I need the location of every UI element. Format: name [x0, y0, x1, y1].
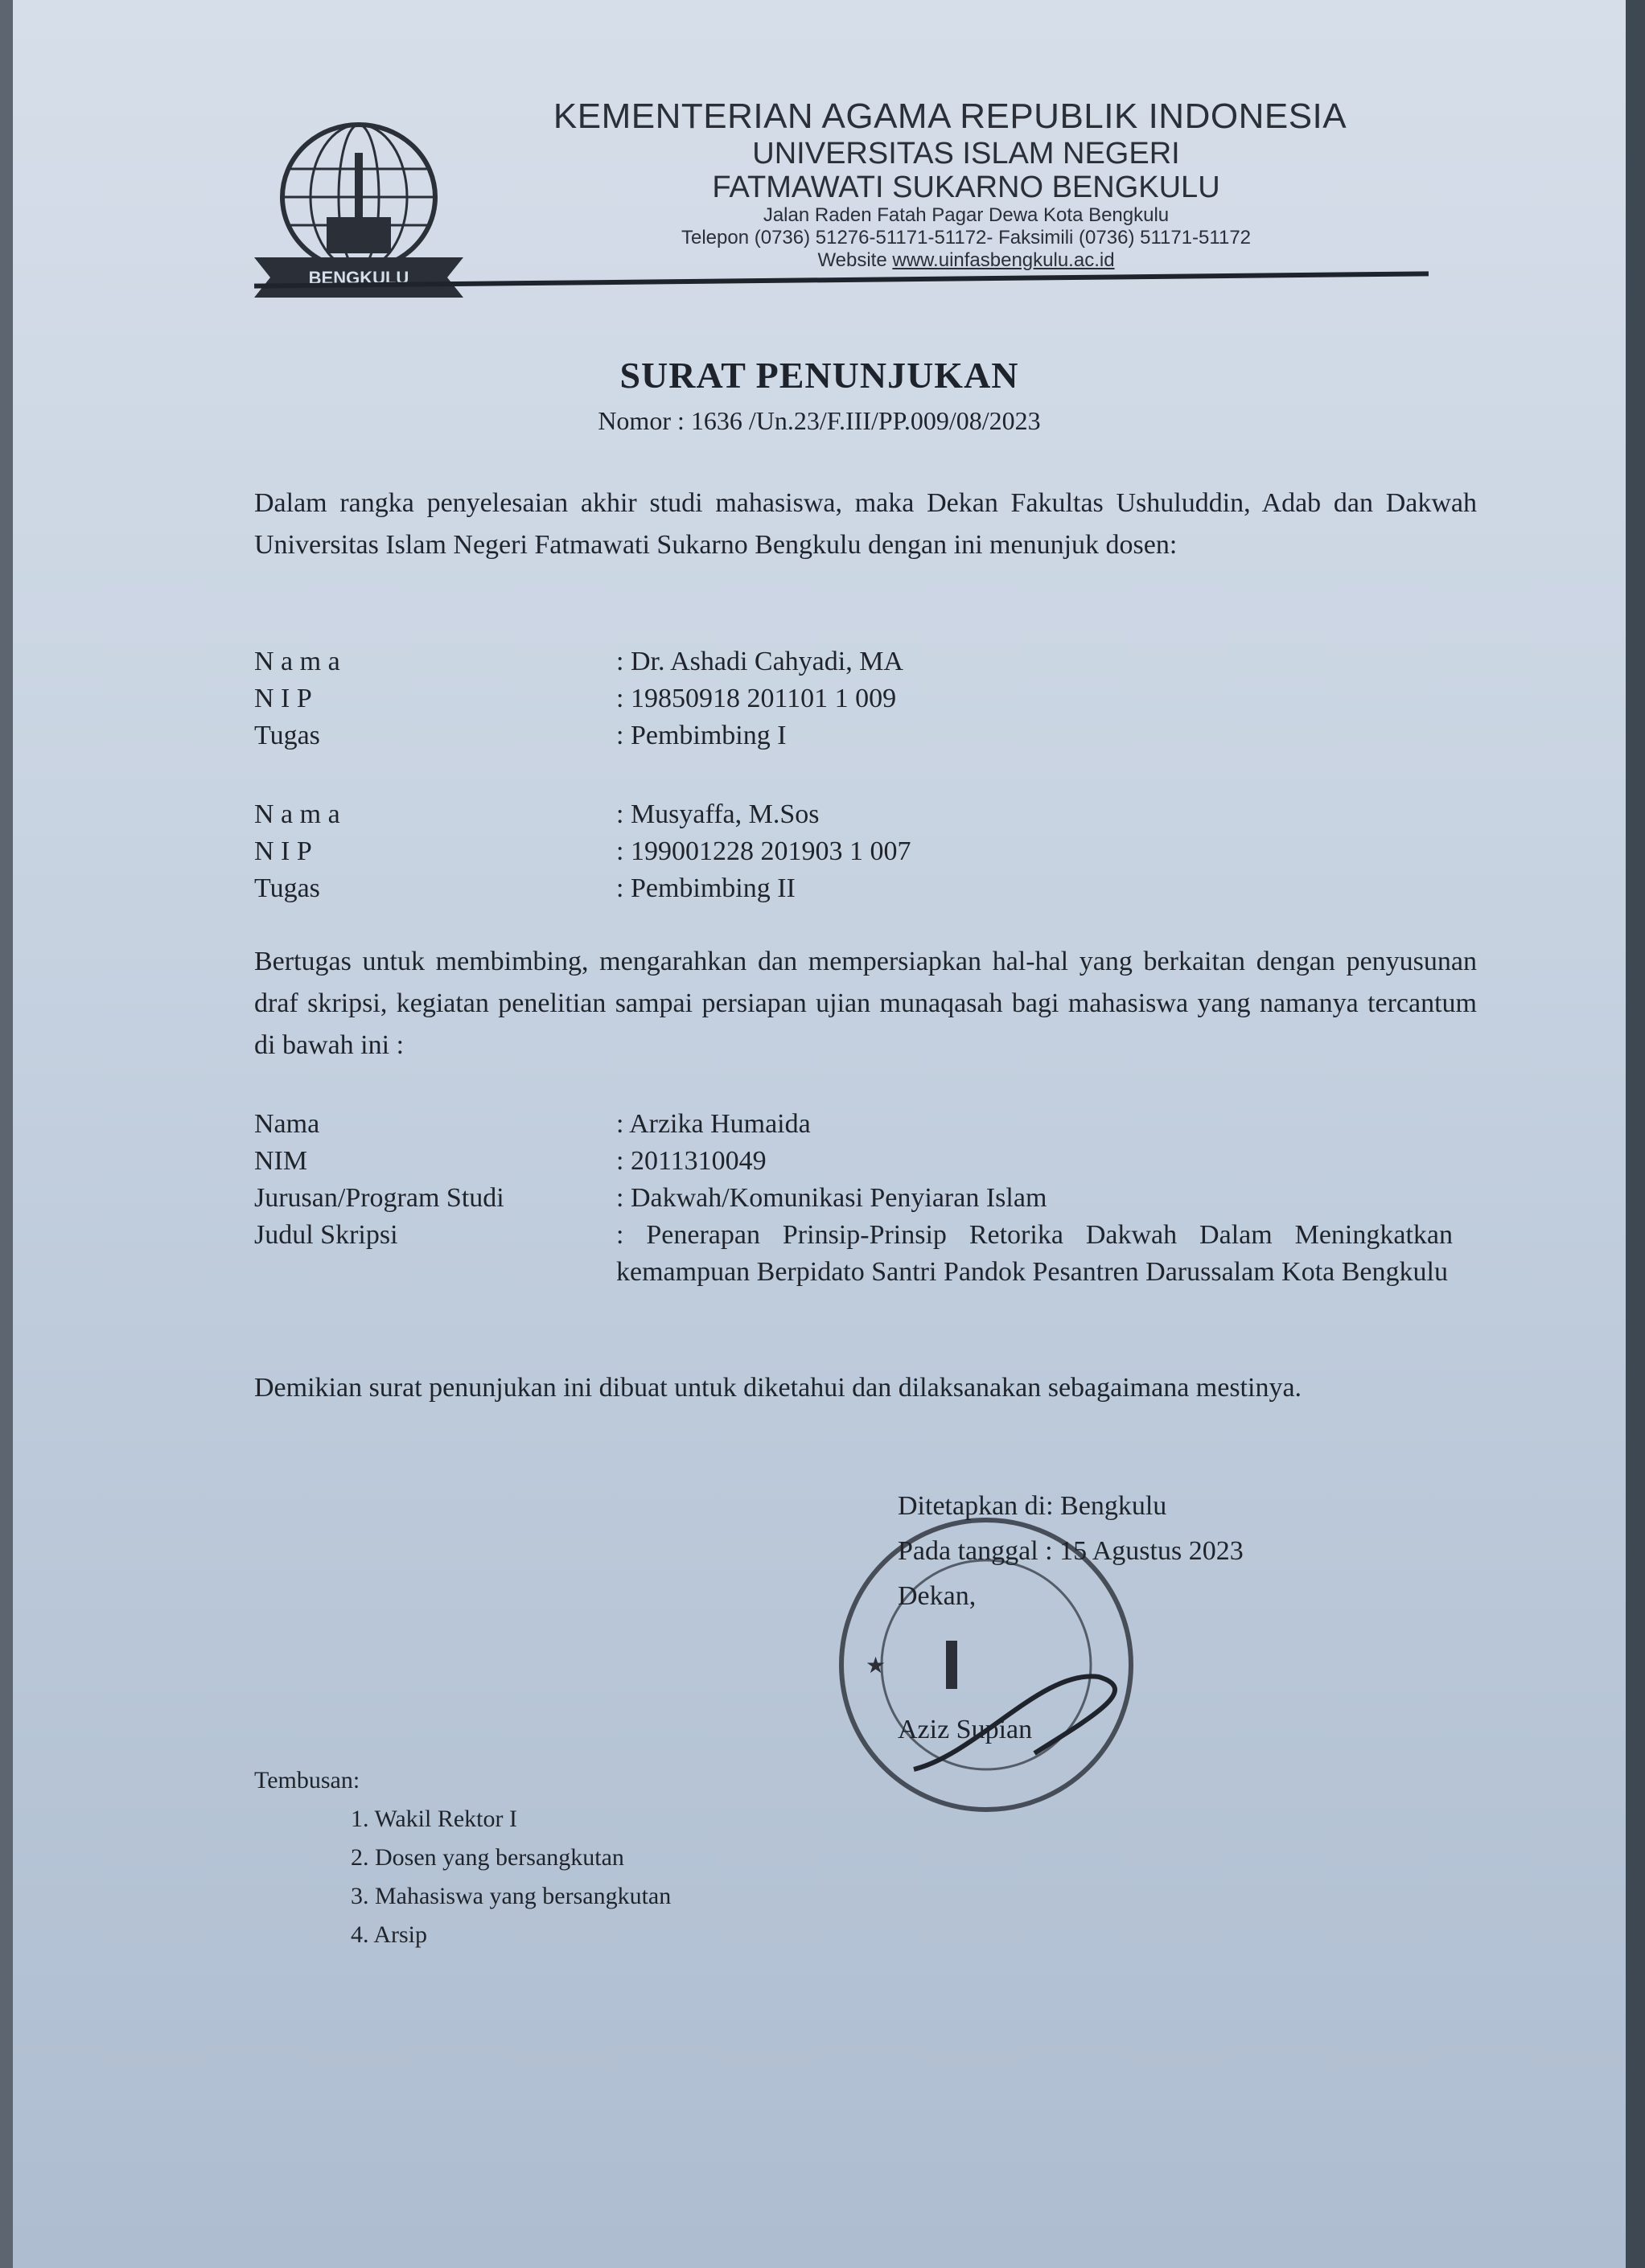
cc-item: 1. Wakil Rektor I: [351, 1800, 671, 1839]
letter-page: BENGKULU KEMENTERIAN AGAMA REPUBLIK INDO…: [13, 0, 1626, 2268]
website-label: Website: [817, 249, 886, 271]
address: Jalan Raden Fatah Pagar Dewa Kota Bengku…: [544, 204, 1388, 227]
svg-text:★: ★: [866, 1654, 886, 1678]
university-name-line1: UNIVERSITAS ISLAM NEGERI: [544, 137, 1388, 171]
lecturer-2: N a m a: Musyaffa, M.Sos N I P: 19900122…: [254, 796, 1469, 907]
label: NIM: [254, 1143, 616, 1180]
cc-item: 2. Dosen yang bersangkutan: [351, 1839, 671, 1877]
position: Dekan,: [898, 1574, 1244, 1619]
background-right: [1622, 0, 1645, 2268]
signature-block: Ditetapkan di: Bengkulu Pada tanggal : 1…: [898, 1484, 1244, 1752]
intro-paragraph: Dalam rangka penyelesaian akhir studi ma…: [254, 483, 1477, 566]
university-logo-icon: BENGKULU: [238, 121, 479, 306]
label: N I P: [254, 680, 616, 717]
cc-item: 3. Mahasiswa yang bersangkutan: [351, 1877, 671, 1916]
value: : Pembimbing I: [616, 717, 1469, 754]
value: : Penerapan Prinsip-Prinsip Retorika Dak…: [616, 1217, 1453, 1291]
student-info: Nama: Arzika Humaida NIM: 2011310049 Jur…: [254, 1106, 1469, 1291]
value: : Musyaffa, M.Sos: [616, 796, 1469, 833]
label: Jurusan/Program Studi: [254, 1180, 616, 1217]
place: Ditetapkan di: Bengkulu: [898, 1484, 1244, 1529]
label: Tugas: [254, 717, 616, 754]
ministry-name: KEMENTERIAN AGAMA REPUBLIK INDONESIA: [512, 97, 1388, 137]
closing-paragraph: Demikian surat penunjukan ini dibuat unt…: [254, 1367, 1477, 1409]
value: : 199001228 201903 1 007: [616, 833, 1469, 870]
label: N I P: [254, 833, 616, 870]
label: N a m a: [254, 643, 616, 680]
phone-fax: Telepon (0736) 51276-51171-51172- Faksim…: [544, 227, 1388, 249]
website-link[interactable]: www.uinfasbengkulu.ac.id: [892, 249, 1114, 271]
value: : 19850918 201101 1 009: [616, 680, 1469, 717]
value: : Pembimbing II: [616, 870, 1469, 907]
university-name-line2: FATMAWATI SUKARNO BENGKULU: [544, 171, 1388, 204]
value: : Dr. Ashadi Cahyadi, MA: [616, 643, 1469, 680]
letterhead: BENGKULU KEMENTERIAN AGAMA REPUBLIK INDO…: [238, 88, 1429, 298]
label: Nama: [254, 1106, 616, 1143]
value: : Arzika Humaida: [616, 1106, 1469, 1143]
cc-label: Tembusan:: [254, 1761, 671, 1800]
lecturer-1: N a m a: Dr. Ashadi Cahyadi, MA N I P: 1…: [254, 643, 1469, 754]
carbon-copy: Tembusan: 1. Wakil Rektor I 2. Dosen yan…: [254, 1761, 671, 1954]
value: : 2011310049: [616, 1143, 1469, 1180]
signer-name: Aziz Supian: [898, 1707, 1244, 1752]
cc-item: 4. Arsip: [351, 1916, 671, 1954]
value: : Dakwah/Komunikasi Penyiaran Islam: [616, 1180, 1469, 1217]
label: Judul Skripsi: [254, 1217, 616, 1291]
label: N a m a: [254, 796, 616, 833]
task-paragraph: Bertugas untuk membimbing, mengarahkan d…: [254, 941, 1477, 1066]
website-line: Website www.uinfasbengkulu.ac.id: [544, 249, 1388, 272]
date: Pada tanggal : 15 Agustus 2023: [898, 1529, 1244, 1574]
document-title: SURAT PENUNJUKAN: [13, 354, 1626, 396]
document-number: Nomor : 1636 /Un.23/F.III/PP.009/08/2023: [13, 406, 1626, 436]
label: Tugas: [254, 870, 616, 907]
